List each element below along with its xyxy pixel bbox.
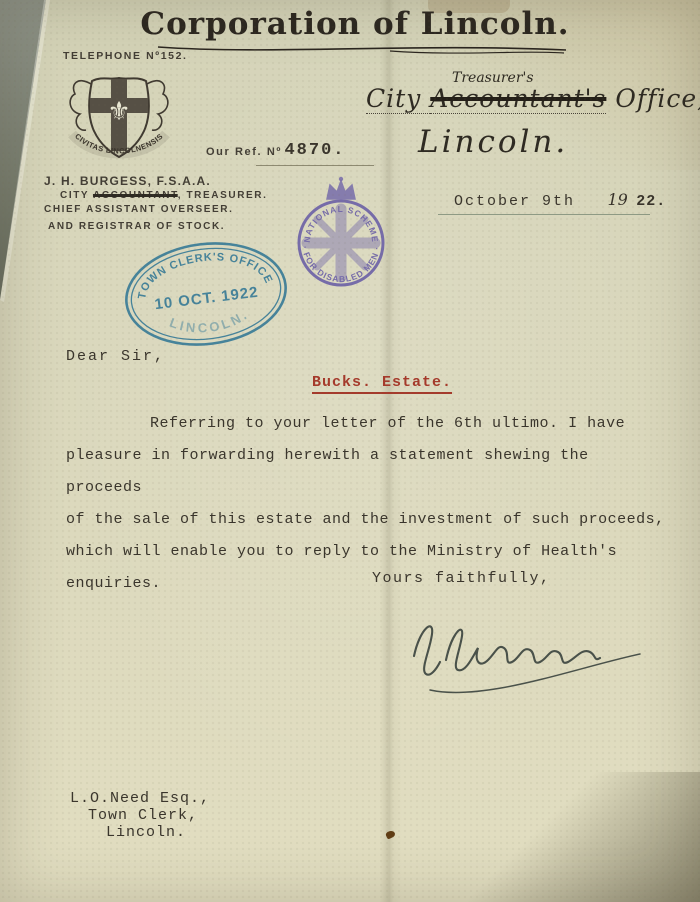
salutation: Dear Sir, [66,348,165,365]
office-post: Office, [606,84,700,113]
role-pre: CITY [60,190,93,201]
official-block: J. H. BURGESS, F.S.A.A. CITY ACCOUNTANT,… [44,174,267,234]
town-clerk-stamp: TOWN CLERK'S OFFICE 10 OCT. 1922 LINCOLN… [114,227,299,361]
office-struck-word: Accountant's [430,84,606,114]
title-underline-flourish [152,42,572,56]
crest-scroll-left [70,81,91,130]
office-pre: City [366,84,430,114]
telephone-number: TELEPHONE Nº152. [63,50,188,62]
body-line: which will enable you to reply to the Mi… [66,536,666,568]
letter-body: Referring to your letter of the 6th ulti… [66,408,666,600]
role-post: , TREASURER. [178,190,268,201]
body-line: Referring to your letter of the 6th ulti… [66,408,666,440]
official-role-line3: AND REGISTRAR OF STOCK. [44,220,267,235]
recipient-name: L.O.Need Esq., [70,790,210,807]
scanned-letter-page: Corporation of Lincoln. TELEPHONE Nº152.… [0,0,700,902]
closing: Yours faithfully, [372,570,551,587]
body-line: pleasure in forwarding herewith a statem… [66,440,666,504]
body-line: enquiries. [66,568,666,600]
recipient-title: Town Clerk, [70,807,210,824]
subject-heading: Bucks. Estate. [312,374,452,394]
official-role-line1: CITY ACCOUNTANT, TREASURER. [44,189,267,204]
office-city: Lincoln. [418,124,568,160]
letterhead-title: Corporation of Lincoln. [135,6,575,42]
ref-value: 4870. [284,141,345,160]
letterhead-title-text: Corporation of Lincoln. [140,6,569,42]
signature-jh-burgess [400,604,652,704]
town-clerk-arc-bottom: LINCOLN. [166,305,253,340]
date-year-printed: 19 [579,190,627,209]
official-name: J. H. BURGESS, F.S.A.A. [44,174,267,189]
ref-rule: 4870. [256,141,374,166]
official-role-line2: CHIEF ASSISTANT OVERSEER. [44,203,267,218]
national-scheme-stamp: NATIONAL SCHEME · FOR DISABLED MEN · [288,172,394,292]
date-day: October 9th [438,193,575,210]
recipient-city: Lincoln. [70,824,210,841]
date-line: October 9th 19 22. [438,190,650,215]
crest-fleur-de-lis-icon: ⚜ [107,96,130,126]
lincoln-crest: ⚜ CIVITAS LINCOLNENSIS [58,68,180,178]
stamp-crown-icon [327,181,355,199]
office-designation: City Accountant's Office, [366,84,700,113]
body-line: of the sale of this estate and the inves… [66,504,666,536]
role-struck-word: ACCOUNTANT [93,190,178,201]
date-year-typed: 22. [632,193,666,210]
bottom-right-shadow [450,772,700,902]
recipient-address: L.O.Need Esq., Town Clerk, Lincoln. [70,790,210,841]
